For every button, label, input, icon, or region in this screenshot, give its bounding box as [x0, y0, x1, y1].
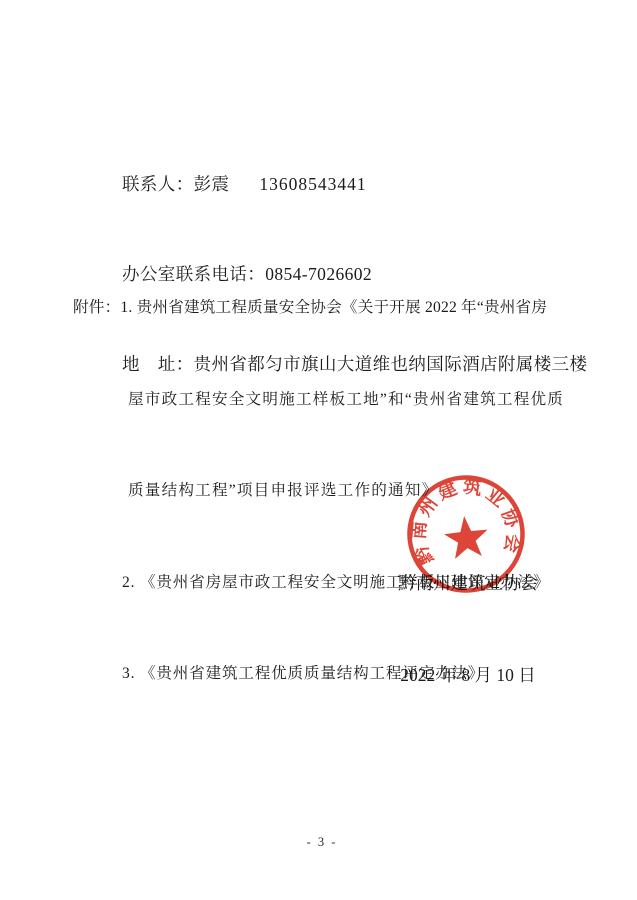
contact-person-phone: 13608543441 [259, 174, 366, 194]
contact-person-label: 联系人：彭震 [122, 174, 229, 194]
attachment-item-1-line-2: 屋市政工程安全文明施工样板工地”和“贵州省建筑工程优质 [0, 385, 637, 416]
attachment-item-1-line-1: 附件：1. 贵州省建筑工程质量安全协会《关于开展 2022 年“贵州省房 [0, 293, 637, 324]
official-seal: 黔南州建筑业协会 [395, 463, 538, 606]
attachment-item-1-line-3: 质量结构工程”项目申报评选工作的通知》 [0, 476, 637, 507]
document-page: 联系人：彭震13608543441 办公室联系电话：0854-7026602 地… [0, 0, 637, 900]
seal-star-icon [442, 514, 490, 560]
contact-person-line: 联系人：彭震13608543441 [122, 169, 587, 199]
signature-date: 2022 年 8 月 10 日 [348, 660, 588, 691]
page-number: - 3 - [0, 835, 637, 850]
